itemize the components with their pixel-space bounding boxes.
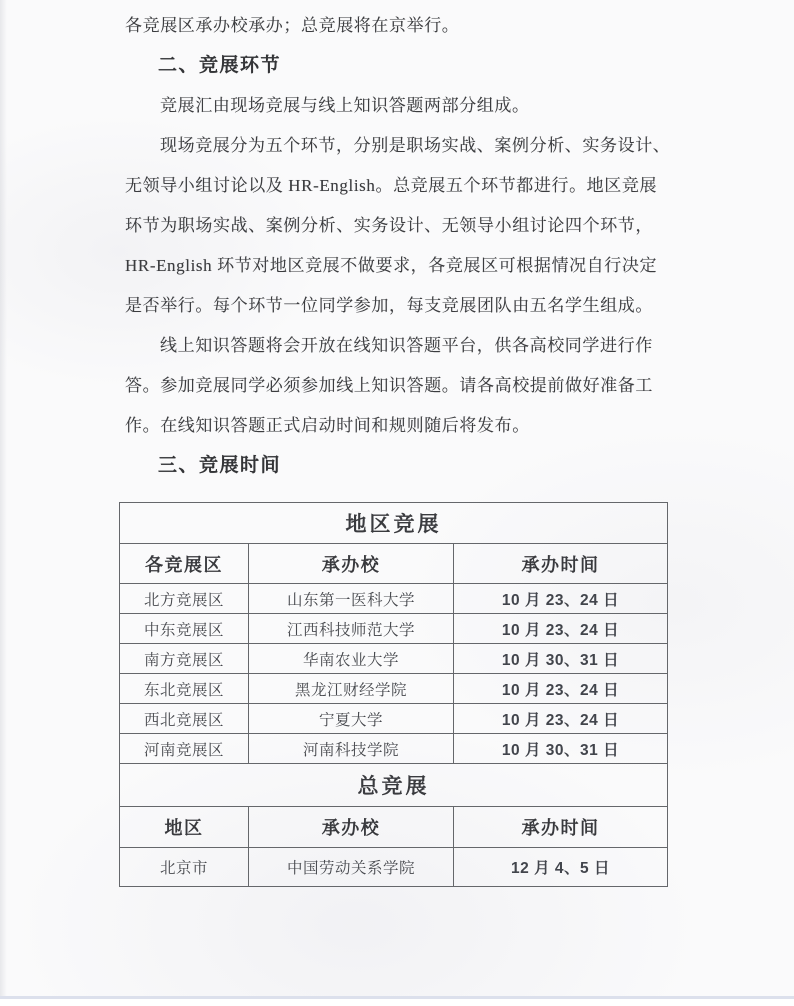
column-header-date: 承办时间: [454, 807, 668, 848]
region-cell: 南方竞展区: [120, 644, 249, 674]
region-cell: 河南竞展区: [120, 734, 249, 764]
section-3-heading: 三、竞展时间: [125, 446, 685, 486]
paragraph-line: 无领导小组讨论以及 HR-English。总竞展五个环节都进行。地区竞展: [125, 166, 685, 206]
regional-section-title: 地区竞展: [120, 503, 668, 544]
table-row: 东北竞展区 黑龙江财经学院 10 月 23、24 日: [120, 674, 668, 704]
paragraph-line: HR-English 环节对地区竞展不做要求，各竞展区可根据情况自行决定: [125, 246, 685, 286]
table-row: 中东竞展区 江西科技师范大学 10 月 23、24 日: [120, 614, 668, 644]
table-row: 西北竞展区 宁夏大学 10 月 23、24 日: [120, 704, 668, 734]
paragraph-line: 竞展汇由现场竞展与线上知识答题两部分组成。: [125, 86, 685, 126]
final-header-row: 地区 承办校 承办时间: [120, 807, 668, 848]
region-cell: 西北竞展区: [120, 704, 249, 734]
column-header-school: 承办校: [249, 807, 454, 848]
date-cell: 10 月 23、24 日: [454, 674, 668, 704]
column-header-region: 地区: [120, 807, 249, 848]
paragraph-line: 答。参加竞展同学必须参加线上知识答题。请各高校提前做好准备工: [125, 366, 685, 406]
paragraph-line: 作。在线知识答题正式启动时间和规则随后将发布。: [125, 406, 685, 446]
school-cell: 中国劳动关系学院: [249, 848, 454, 887]
regional-section-title-row: 地区竞展: [120, 503, 668, 544]
date-cell: 10 月 30、31 日: [454, 734, 668, 764]
date-cell: 12 月 4、5 日: [454, 848, 668, 887]
table-row: 南方竞展区 华南农业大学 10 月 30、31 日: [120, 644, 668, 674]
intro-line: 各竞展区承办校承办；总竞展将在京举行。: [125, 6, 685, 46]
column-header-date: 承办时间: [454, 544, 668, 584]
scanned-document-page: 各竞展区承办校承办；总竞展将在京举行。 二、竞展环节 竞展汇由现场竞展与线上知识…: [0, 0, 794, 1006]
final-section-title-row: 总竞展: [120, 764, 668, 807]
school-cell: 宁夏大学: [249, 704, 454, 734]
scan-left-edge-shadow: [0, 0, 7, 1006]
region-cell: 北京市: [120, 848, 249, 887]
school-cell: 黑龙江财经学院: [249, 674, 454, 704]
paragraph-line: 线上知识答题将会开放在线知识答题平台，供各高校同学进行作: [125, 326, 685, 366]
scan-bottom-edge-strip: [0, 999, 794, 1006]
school-cell: 华南农业大学: [249, 644, 454, 674]
final-section-title: 总竞展: [120, 764, 668, 807]
table-row: 北京市 中国劳动关系学院 12 月 4、5 日: [120, 848, 668, 887]
date-cell: 10 月 23、24 日: [454, 704, 668, 734]
date-cell: 10 月 23、24 日: [454, 584, 668, 614]
paragraph-line: 现场竞展分为五个环节，分别是职场实战、案例分析、实务设计、: [125, 126, 685, 166]
date-cell: 10 月 30、31 日: [454, 644, 668, 674]
document-body: 各竞展区承办校承办；总竞展将在京举行。 二、竞展环节 竞展汇由现场竞展与线上知识…: [125, 6, 685, 486]
region-cell: 中东竞展区: [120, 614, 249, 644]
school-cell: 山东第一医科大学: [249, 584, 454, 614]
column-header-region: 各竞展区: [120, 544, 249, 584]
region-cell: 东北竞展区: [120, 674, 249, 704]
region-cell: 北方竞展区: [120, 584, 249, 614]
date-cell: 10 月 23、24 日: [454, 614, 668, 644]
regional-header-row: 各竞展区 承办校 承办时间: [120, 544, 668, 584]
paragraph-line: 是否举行。每个环节一位同学参加，每支竞展团队由五名学生组成。: [125, 286, 685, 326]
paragraph-line: 环节为职场实战、案例分析、实务设计、无领导小组讨论四个环节，: [125, 206, 685, 246]
section-2-heading: 二、竞展环节: [125, 46, 685, 86]
school-cell: 江西科技师范大学: [249, 614, 454, 644]
table-row: 北方竞展区 山东第一医科大学 10 月 23、24 日: [120, 584, 668, 614]
table-row: 河南竞展区 河南科技学院 10 月 30、31 日: [120, 734, 668, 764]
school-cell: 河南科技学院: [249, 734, 454, 764]
column-header-school: 承办校: [249, 544, 454, 584]
competition-schedule-table: 地区竞展 各竞展区 承办校 承办时间 北方竞展区 山东第一医科大学 10 月 2…: [119, 502, 668, 887]
